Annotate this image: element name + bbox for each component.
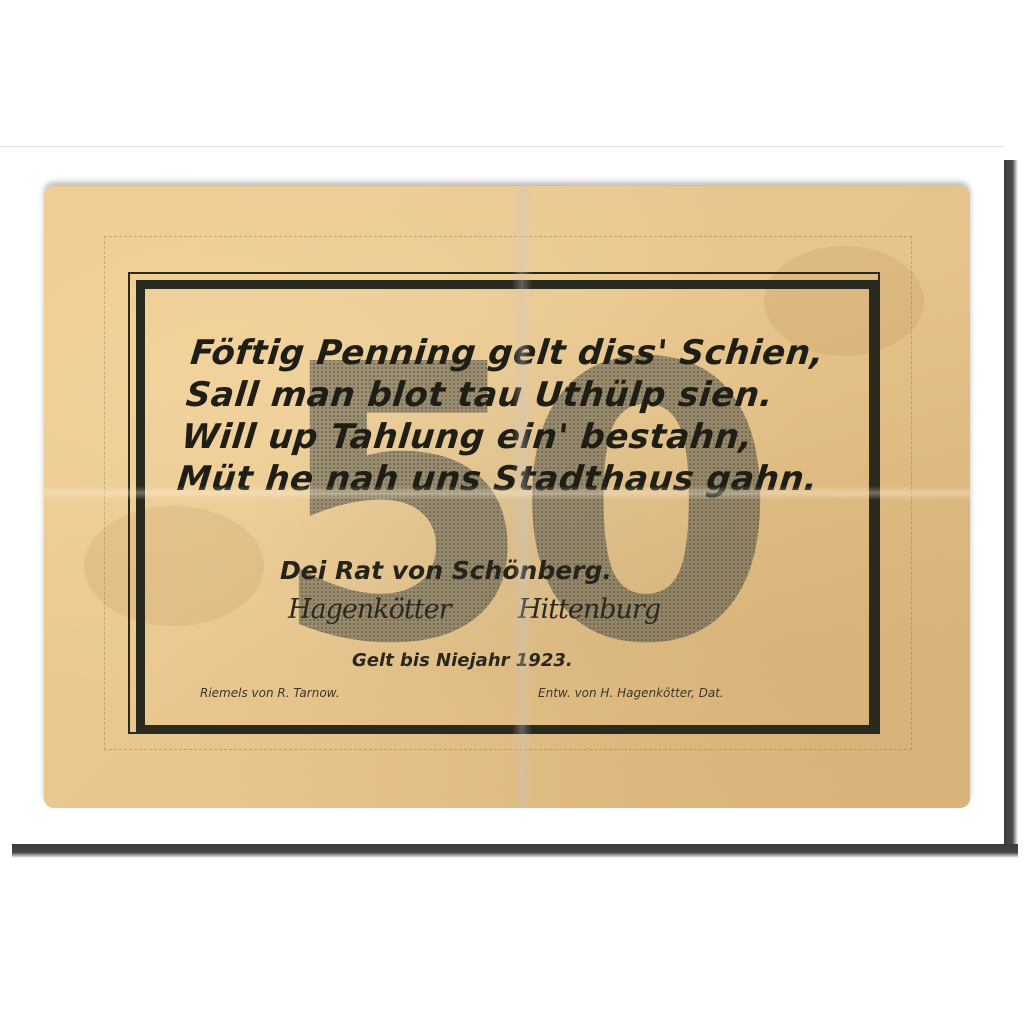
banknote: 50 Föftig Penning gelt diss' Schien, Sal… [44, 186, 970, 808]
design-credit: Entw. von H. Hagenkötter, Dat. [538, 686, 724, 700]
verse-credit: Riemels von R. Tarnow. [200, 686, 340, 700]
fold-crease-horizontal [44, 486, 970, 500]
validity-date: Gelt bis Niejahr 1923. [352, 650, 573, 671]
mount-shadow-right [1004, 160, 1018, 852]
signature: Hittenburg [518, 594, 660, 625]
signature: Hagenkötter [288, 594, 451, 625]
issuer-council: Dei Rat von Schönberg. [280, 556, 612, 585]
mount-shadow-bottom [12, 844, 1018, 858]
